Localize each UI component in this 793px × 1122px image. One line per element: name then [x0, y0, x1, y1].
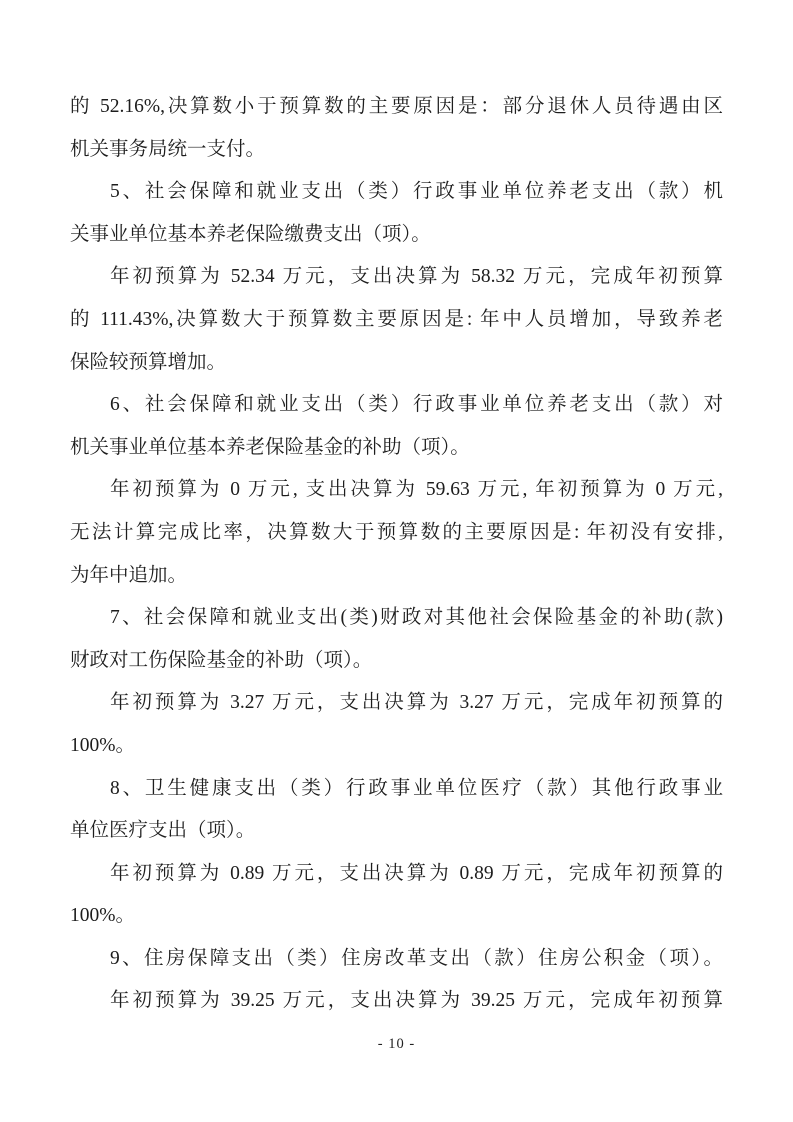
text-line: 年初预算为 3.27 万元，支出决算为 3.27 万元，完成年初预算的 — [70, 682, 723, 725]
text-line: 机关事业单位基本养老保险基金的补助（项）。 — [70, 427, 723, 470]
text-line: 关事业单位基本养老保险缴费支出（项）。 — [70, 214, 723, 257]
text-line: 8、卫生健康支出（类）行政事业单位医疗（款）其他行政事业 — [70, 768, 723, 811]
text-line: 保险较预算增加。 — [70, 342, 723, 385]
text-line: 6、社会保障和就业支出（类）行政事业单位养老支出（款）对 — [70, 384, 723, 427]
text-line: 单位医疗支出（项）。 — [70, 810, 723, 853]
text-line: 财政对工伤保险基金的补助（项）。 — [70, 640, 723, 683]
text-line: 年初预算为 52.34 万元，支出决算为 58.32 万元，完成年初预算 — [70, 256, 723, 299]
text-line: 机关事务局统一支付。 — [70, 129, 723, 172]
text-line: 年初预算为 0.89 万元，支出决算为 0.89 万元，完成年初预算的 — [70, 853, 723, 896]
text-line: 年初预算为 0 万元, 支出决算为 59.63 万元, 年初预算为 0 万元, — [70, 469, 723, 512]
text-line: 年初预算为 39.25 万元，支出决算为 39.25 万元，完成年初预算 — [70, 980, 723, 1023]
text-line: 的 52.16%,决算数小于预算数的主要原因是：部分退休人员待遇由区 — [70, 86, 723, 129]
text-line: 100%。 — [70, 895, 723, 938]
document-body: 的 52.16%,决算数小于预算数的主要原因是：部分退休人员待遇由区 机关事务局… — [70, 86, 723, 1023]
text-line: 9、住房保障支出（类）住房改革支出（款）住房公积金（项）。 — [70, 938, 723, 981]
document-page: 的 52.16%,决算数小于预算数的主要原因是：部分退休人员待遇由区 机关事务局… — [0, 0, 793, 1122]
text-line: 100%。 — [70, 725, 723, 768]
text-line: 为年中追加。 — [70, 555, 723, 598]
page-number: - 10 - — [0, 1036, 793, 1052]
text-line: 无法计算完成比率，决算数大于预算数的主要原因是: 年初没有安排, — [70, 512, 723, 555]
text-line: 的 111.43%,决算数大于预算数主要原因是: 年中人员增加，导致养老 — [70, 299, 723, 342]
text-line: 7、社会保障和就业支出(类)财政对其他社会保险基金的补助(款) — [70, 597, 723, 640]
text-line: 5、社会保障和就业支出（类）行政事业单位养老支出（款）机 — [70, 171, 723, 214]
